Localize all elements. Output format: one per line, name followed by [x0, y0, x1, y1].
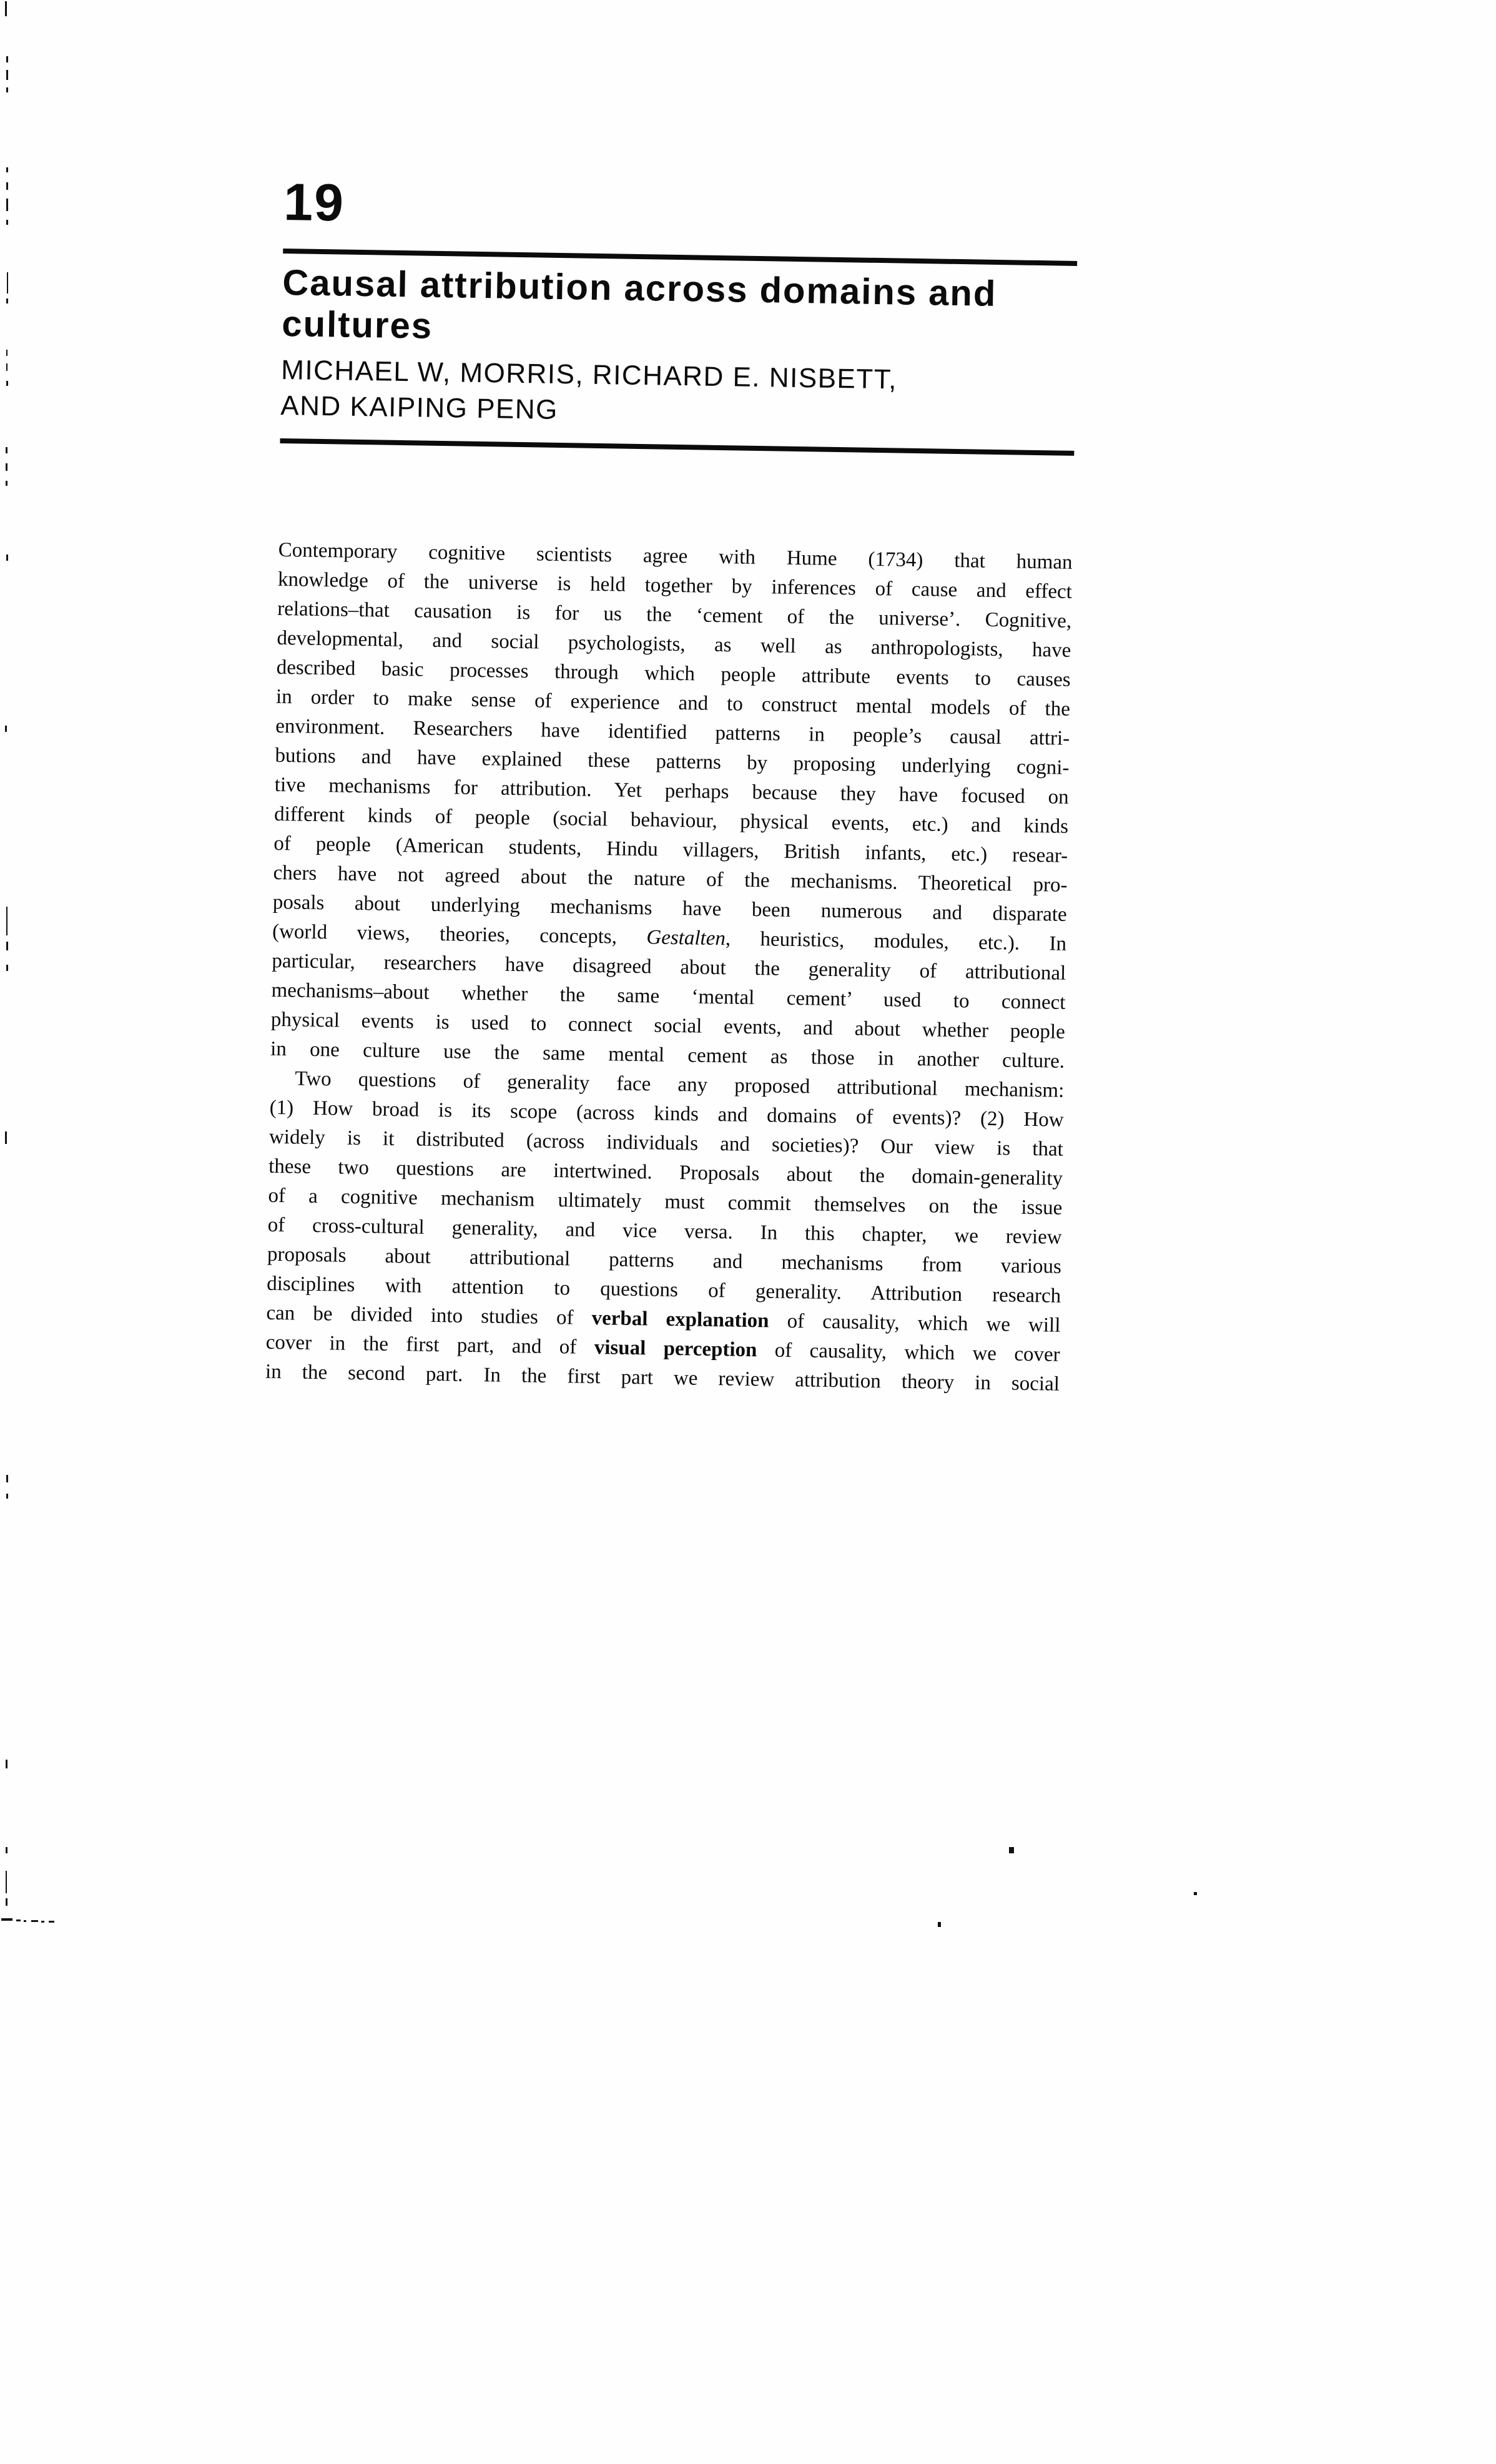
scan-speck	[5, 726, 7, 732]
scan-speck	[6, 463, 7, 471]
scan-speck	[6, 907, 7, 935]
scan-speck	[1009, 1847, 1014, 1853]
plain-text: , heuristics, modules, etc.). In	[726, 927, 1067, 955]
top-divider-rule	[283, 249, 1077, 266]
bottom-divider-rule	[280, 438, 1074, 456]
scan-speck	[6, 350, 7, 356]
scan-speck	[6, 447, 7, 453]
scan-speck	[6, 481, 7, 486]
scan-speck	[24, 1920, 26, 1922]
scan-speck	[6, 1847, 7, 1853]
plain-text: cover in the first part, and of	[266, 1331, 595, 1359]
scan-speck	[6, 1871, 7, 1893]
scan-speck	[16, 1919, 21, 1921]
plain-text: (world views, theories, concepts,	[272, 920, 647, 949]
scan-speck	[6, 1475, 8, 1482]
scan-speck	[5, 1131, 7, 1144]
body-text: Contemporary cognitive scientists agree …	[265, 536, 1073, 1399]
scan-speck	[6, 1898, 7, 1906]
scan-speck	[6, 199, 8, 211]
plain-text: of causality, which we will	[769, 1309, 1060, 1336]
italic-text: Gestalten	[646, 926, 726, 950]
plain-text: can be divided into studies of	[266, 1302, 592, 1329]
page-content: 19 Causal attribution across domains and…	[265, 182, 1078, 1399]
scan-speck	[6, 70, 8, 80]
scan-speck	[1194, 1892, 1197, 1895]
chapter-title: Causal attribution across domains and cu…	[282, 262, 1077, 357]
bold-text: verbal explanation	[591, 1307, 769, 1332]
scan-speck	[6, 182, 8, 190]
scan-speck	[6, 220, 8, 225]
book-page: 19 Causal attribution across domains and…	[0, 0, 1496, 2464]
scan-speck	[6, 1494, 8, 1499]
scan-speck	[41, 1921, 44, 1923]
chapter-number: 19	[283, 182, 1078, 234]
scan-speck	[6, 965, 8, 971]
scan-speck	[31, 1920, 38, 1922]
scan-speck	[6, 298, 8, 303]
scan-speck	[6, 167, 8, 172]
scan-speck	[938, 1922, 941, 1927]
scan-speck	[6, 942, 8, 950]
scan-speck	[5, 1, 7, 16]
scan-speck	[6, 56, 8, 62]
scan-speck	[6, 363, 7, 371]
scan-speck	[6, 554, 8, 561]
scan-speck	[49, 1921, 54, 1923]
scan-speck	[6, 381, 8, 386]
scan-speck	[6, 1760, 7, 1768]
bold-text: visual perception	[594, 1336, 757, 1361]
plain-text: of causality, which we cover	[757, 1339, 1060, 1366]
scan-speck	[1, 1918, 12, 1921]
authors: MICHAEL W, MORRIS, RICHARD E. NISBETT, A…	[280, 352, 1076, 436]
scan-speck	[6, 87, 8, 92]
scan-speck	[7, 272, 8, 293]
